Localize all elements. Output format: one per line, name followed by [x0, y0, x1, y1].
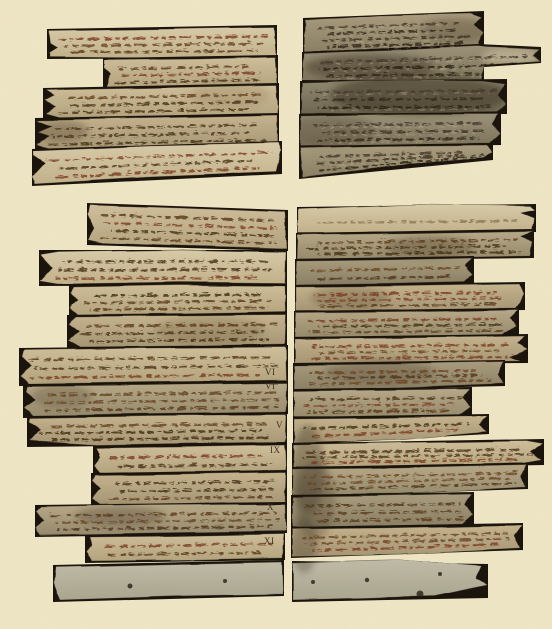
photo-grain-overlay [0, 0, 552, 629]
manuscript-scene: VIVIVIXXXI [0, 0, 552, 629]
manuscript-photograph: Photograph of fragmentary medieval manus… [0, 0, 552, 629]
